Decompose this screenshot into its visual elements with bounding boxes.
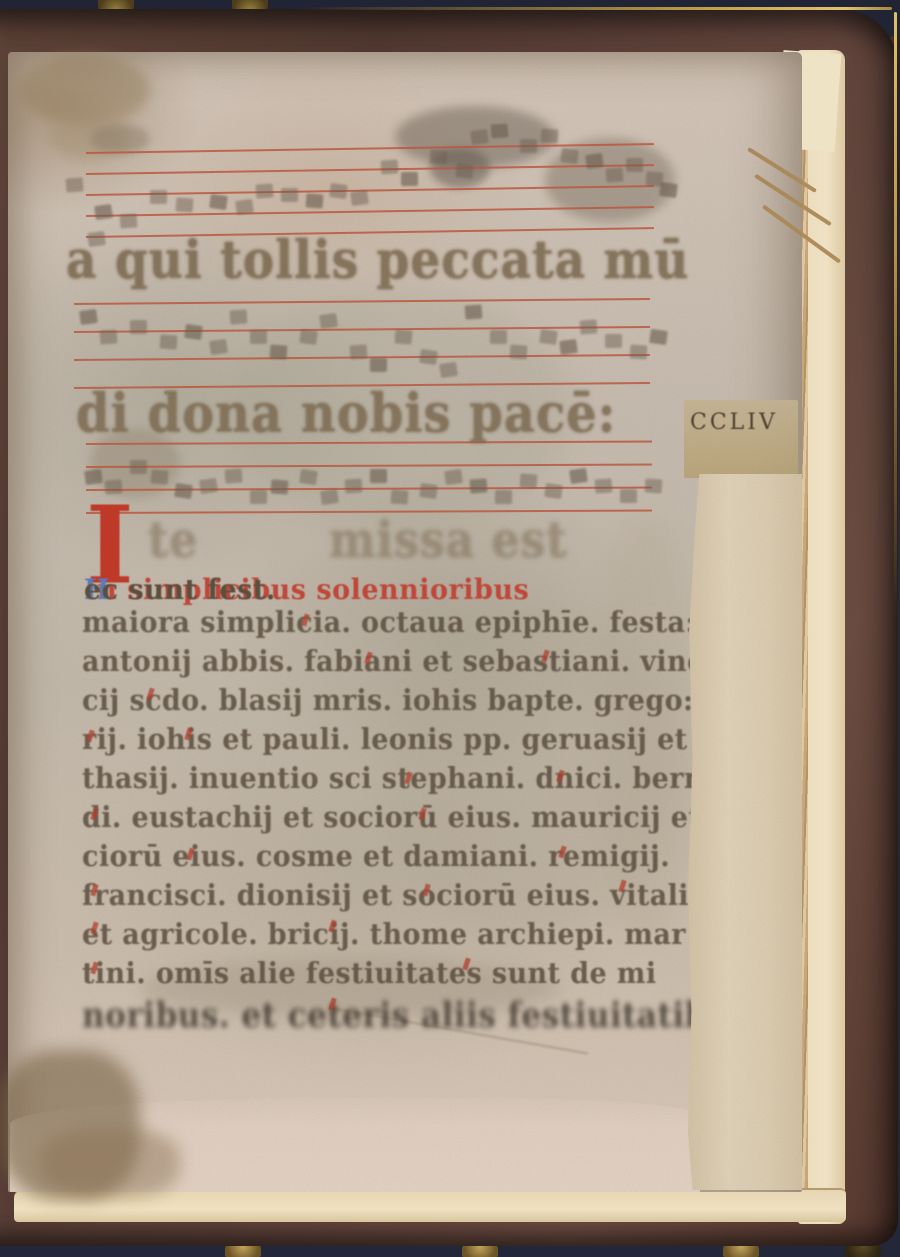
neume [419,483,438,499]
neume [320,489,339,505]
neume [350,344,368,359]
neume [444,469,463,485]
neume [176,197,194,212]
neume [100,329,118,344]
body-text-line: et agricole. bricij. thome archiepi. mar [82,918,692,951]
neume [199,478,218,494]
gilt-edge-right [894,12,897,612]
body-text-line: tini. omīs alie festiuitates sunt de mi [82,957,692,990]
body-text-line: ciorū eius. cosme et damiani. remigij. [82,840,692,873]
neume [319,313,338,329]
neume [299,469,318,485]
neume [544,483,563,499]
neume [329,183,348,199]
chant-text-line: te missa est [148,512,568,569]
neume [281,188,298,202]
neume [620,489,637,503]
neume [606,167,624,182]
chant-text-line: di dona nobis pacē: [76,382,616,445]
neume [250,490,267,504]
stain [20,55,150,125]
neume [345,478,363,493]
neume [569,468,588,484]
neume [495,490,512,504]
neume [370,469,387,483]
neume [306,193,324,208]
neume [560,148,579,164]
neume [130,320,147,334]
gilt-edge-top [300,7,892,10]
neume [470,478,488,493]
neume [470,129,489,145]
neume [520,473,538,488]
neume [299,329,318,345]
neume [160,334,178,349]
neume [605,334,622,348]
neume [130,460,147,474]
neume [250,330,267,344]
body-text-line: di. eustachij et sociorū eius. mauricij … [82,801,692,834]
body-text-line: maiora simplicia. octaua epiphīe. festa: [82,606,692,639]
neume [541,128,559,143]
neume [395,329,413,344]
neume [66,177,84,192]
neume [230,309,248,324]
neume [150,190,167,204]
neume [271,479,289,494]
neume [209,339,228,355]
neume [510,344,528,359]
body-text-line: rij. iohis et pauli. leonis pp. geruasij… [82,723,692,756]
neume [559,339,578,355]
body-text-line: cij scdo. blasij mris. iohis bapte. greg… [82,684,692,717]
neume [585,153,604,169]
neume [539,329,558,345]
neume [490,330,507,344]
repair-patch [688,474,802,1190]
neume [491,123,509,138]
neume [256,183,274,198]
body-text-line: antonij abbis. fabiani et sebastiani. vi… [82,645,692,678]
neume [381,159,399,174]
neume [184,324,203,340]
neume [439,362,458,378]
body-text-line: francisci. dionisij et sociorū eius. vit… [82,879,692,912]
neume [151,469,169,484]
rubric-black-text: ec sunt fest. [84,574,276,607]
neume [455,163,474,179]
neume [630,344,648,359]
neume [649,329,668,345]
neume [209,194,228,210]
neume [626,158,643,172]
chant-text-line: a qui tollis peccata mū [66,230,689,292]
neume [520,139,537,153]
neume [465,304,483,319]
stain [90,124,150,154]
neume [645,478,663,493]
neume [225,468,243,483]
neume [391,489,409,504]
neume [174,483,193,499]
neume [235,199,254,215]
body-text-line: noribus. et ceteris aliis festiuitatibus… [82,996,716,1036]
neume [270,344,288,359]
neume [401,172,418,186]
neume [595,478,613,493]
photograph-scene: CCLIV I In simplicibus solennioribus Hec… [0,0,900,1257]
neume [430,149,448,164]
body-text-line: thasij. inuentio sci stephani. dnici. be… [82,762,692,795]
folio-number: CCLIV [690,410,778,435]
stain [40,1128,180,1198]
neume [94,204,113,220]
neume [120,213,138,228]
neume [370,358,387,372]
neume [580,319,598,334]
neume [419,349,438,365]
neume [79,309,98,325]
neume [659,182,678,198]
neume [350,190,369,206]
